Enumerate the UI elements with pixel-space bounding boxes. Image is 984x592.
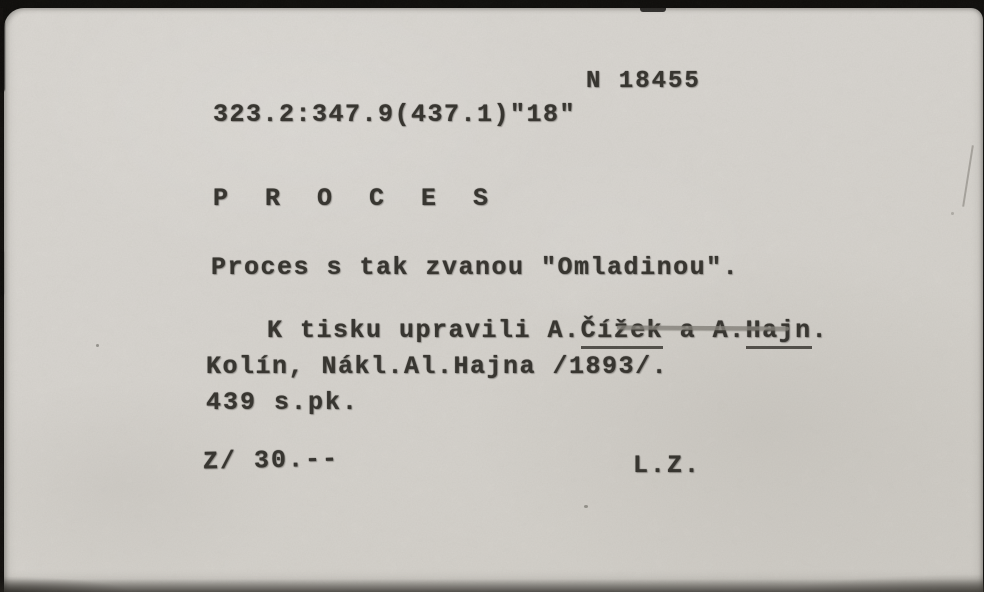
statement-suffix: . [812,316,829,345]
imprint-line: Kolín, Nákl.Al.Hajna /1893/. [206,353,668,381]
price-notation: Z/ 30.-- [203,446,340,476]
udc-number: 323.2:347.9(437.1)"18" [213,101,576,129]
editor-name-underlined: Čížek [581,316,664,349]
left-edge-shadow [0,8,3,592]
collation-line: 439 s.pk. [206,389,359,417]
top-edge-mark [640,8,666,12]
subject-heading: P R O C E S [213,185,499,213]
left-edge-mark [0,20,5,92]
corner-shadow [0,576,130,592]
catalog-card-scan: N 18455 323.2:347.9(437.1)"18" P R O C E… [0,0,984,592]
left-edge-mark [0,250,4,296]
cataloger-initials: L.Z. [633,452,701,480]
editor-name-underlined: Hajn [746,316,812,349]
call-number: N 18455 [586,69,701,95]
statement-prefix: K tisku upravili A. [267,316,581,345]
title-line: Proces s tak zvanou "Omladinou". [211,254,739,282]
corner-shadow [784,574,984,592]
paper-speck [584,505,588,508]
paper-speck [96,344,99,347]
paper-speck [951,212,954,215]
